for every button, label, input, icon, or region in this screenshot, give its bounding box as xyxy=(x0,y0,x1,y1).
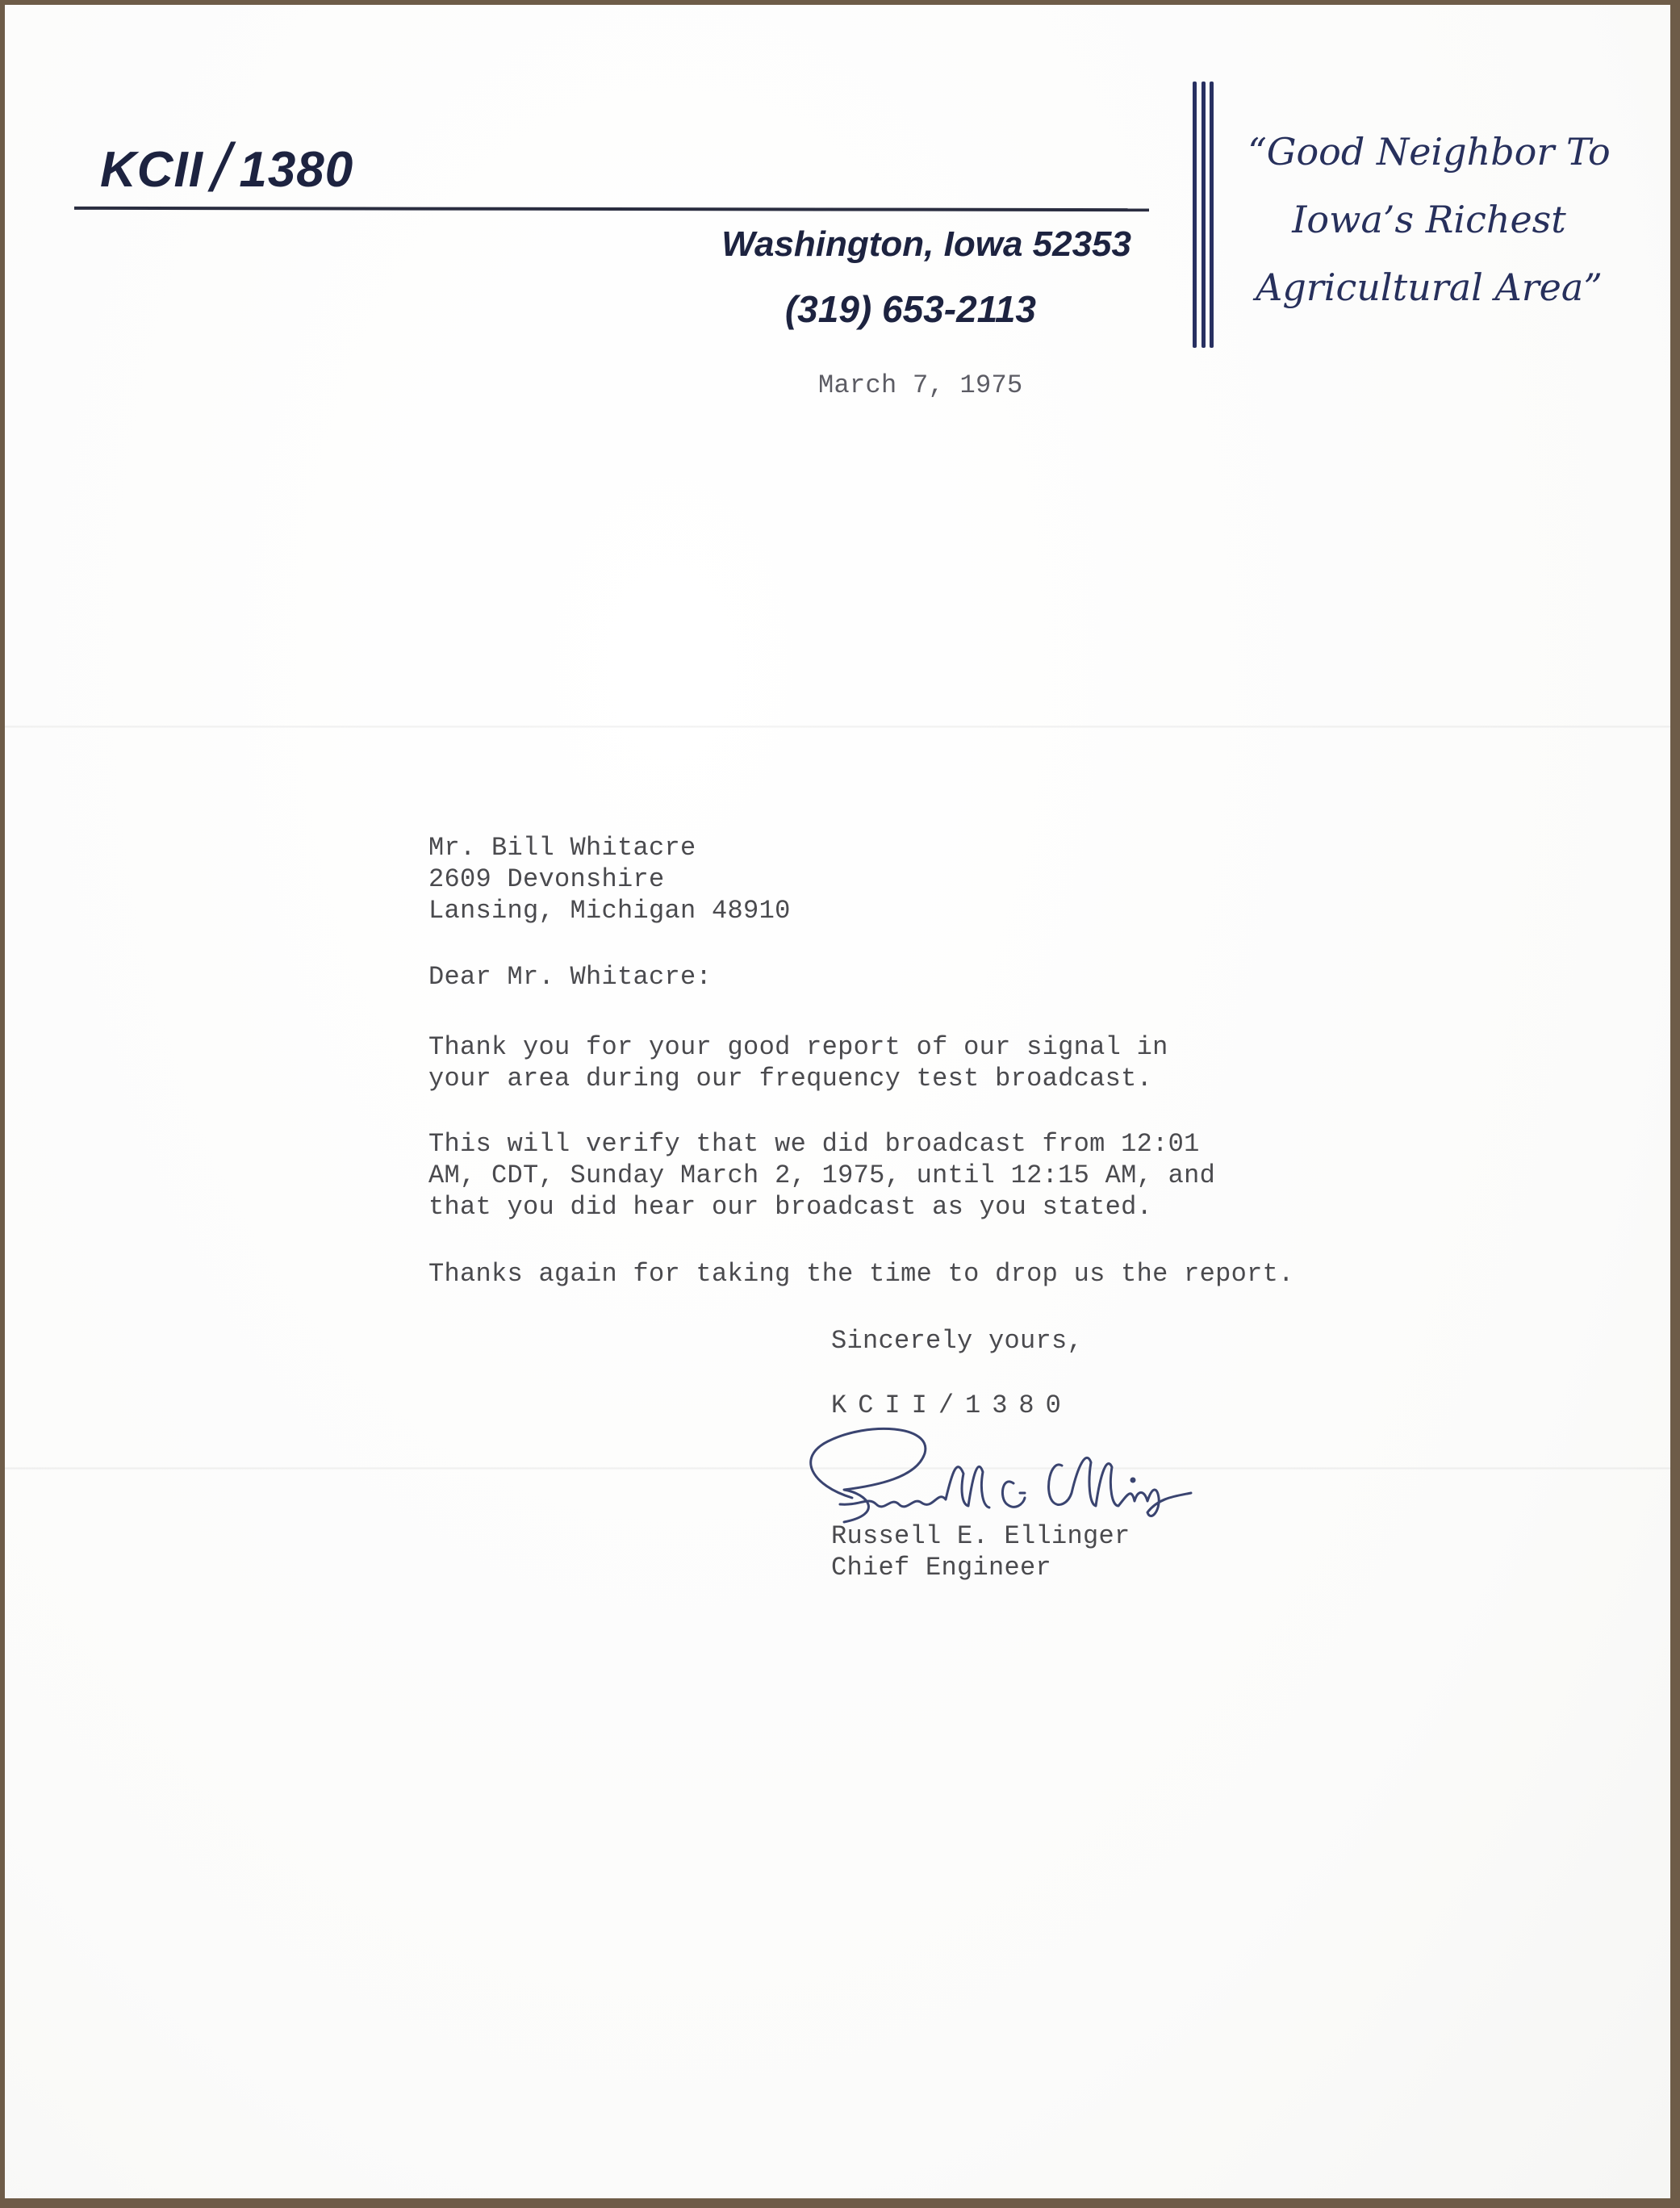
slogan-line: Iowa’s Richest xyxy=(1239,186,1619,253)
call-sign: KCII xyxy=(100,142,203,198)
paper-fold-line xyxy=(5,726,1670,728)
body-paragraph: This will verify that we did broadcast f… xyxy=(428,1128,1215,1223)
station-phone: (319) 653-2113 xyxy=(785,287,1036,331)
slogan-line: “Good Neighbor To xyxy=(1239,118,1619,186)
frequency: 1380 xyxy=(239,142,353,198)
salutation: Dear Mr. Whitacre: xyxy=(428,961,712,993)
station-logo: KCII/1380 xyxy=(100,124,353,203)
recipient-street: 2609 Devonshire xyxy=(428,864,791,895)
vertical-divider xyxy=(1193,82,1214,348)
signer-title: Chief Engineer xyxy=(831,1552,1130,1583)
station-city: Washington, Iowa 52353 xyxy=(721,224,1131,265)
recipient-name: Mr. Bill Whitacre xyxy=(428,832,791,864)
recipient-address: Mr. Bill Whitacre2609 DevonshireLansing,… xyxy=(428,832,791,926)
body-paragraph: Thanks again for taking the time to drop… xyxy=(428,1258,1294,1290)
signer-block: Russell E. EllingerChief Engineer xyxy=(831,1520,1130,1583)
body-paragraph: Thank you for your good report of our si… xyxy=(428,1031,1168,1094)
signer-name: Russell E. Ellinger xyxy=(831,1520,1130,1552)
letterhead-rule xyxy=(74,207,1149,211)
logo-slash: / xyxy=(211,129,231,207)
station-slogan: “Good Neighbor To Iowa’s Richest Agricul… xyxy=(1239,118,1619,321)
closing: Sincerely yours, xyxy=(831,1325,1083,1357)
handwritten-signature xyxy=(796,1409,1296,1538)
recipient-city: Lansing, Michigan 48910 xyxy=(428,895,791,926)
slogan-line: Agricultural Area” xyxy=(1239,253,1619,321)
letter-page: KCII/1380 Washington, Iowa 52353 (319) 6… xyxy=(5,5,1670,2198)
letter-date: March 7, 1975 xyxy=(818,370,1023,401)
